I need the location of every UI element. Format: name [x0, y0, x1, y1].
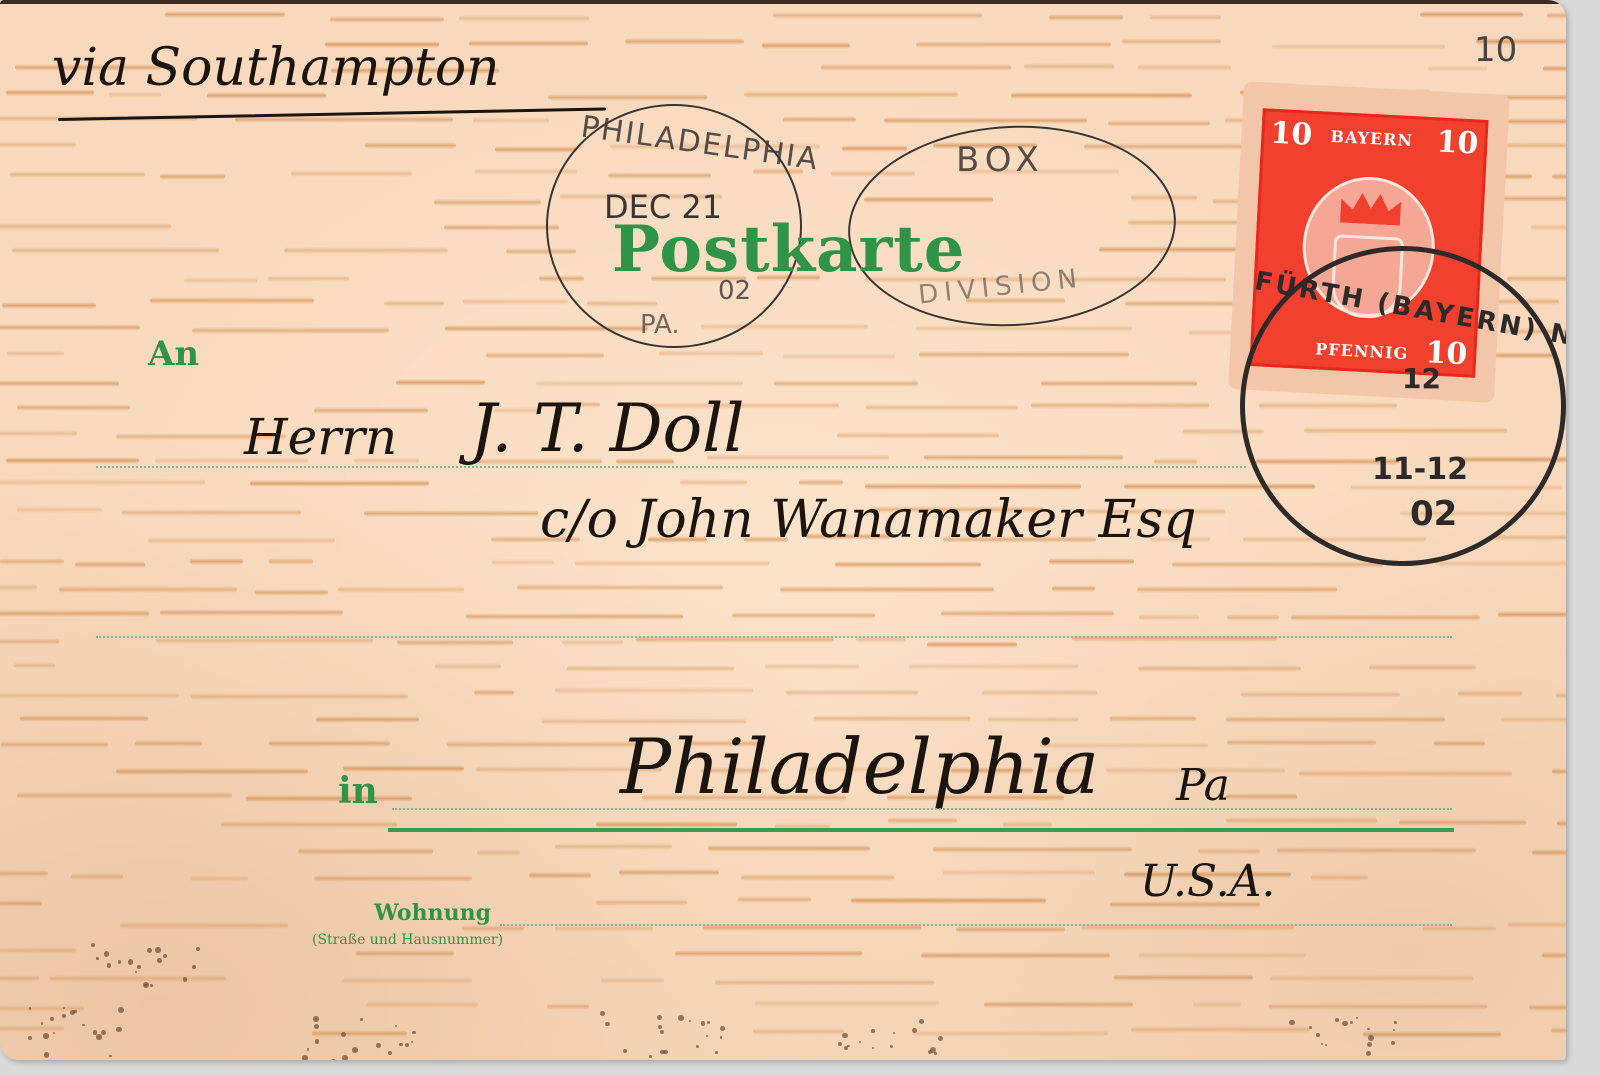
residence-dotted-line: [500, 924, 1452, 926]
postkarte-heading: Postkarte: [612, 212, 966, 287]
address-country: U.S.A.: [1140, 856, 1275, 907]
city-underline: [388, 828, 1454, 832]
city-dotted-line: [392, 808, 1452, 810]
to-label: An: [148, 334, 199, 374]
crown-icon: [1340, 189, 1402, 226]
stamp-denomination-tl: 10: [1270, 116, 1314, 153]
routing-note: via Southampton: [52, 38, 500, 98]
in-label: in: [338, 770, 378, 812]
fuerth-cancel-day: 12: [1402, 362, 1441, 395]
stamp-denomination-tr: 10: [1436, 124, 1480, 161]
residence-label: Wohnung: [374, 900, 491, 926]
fuerth-cancel-year: 02: [1410, 494, 1457, 534]
address-line-1: [96, 466, 1246, 468]
fuerth-cancel-time: 11-12: [1372, 452, 1468, 487]
address-name: J. T. Doll: [470, 390, 744, 467]
address-salutation: Herrn: [244, 408, 397, 466]
corner-note: 10: [1474, 30, 1517, 70]
box-postmark-top: BOX: [956, 140, 1045, 180]
philadelphia-postmark-bottom: PA.: [640, 310, 680, 340]
address-state: Pa: [1176, 760, 1230, 811]
address-care-of: c/o John Wanamaker Esq: [540, 490, 1196, 550]
residence-hint: (Straße und Hausnummer): [312, 932, 503, 948]
address-line-2: [96, 636, 1452, 638]
stamp-country: BAYERN: [1330, 127, 1414, 150]
postcard: 10 via Southampton PHILADELPHIA DEC 21 0…: [0, 0, 1566, 1060]
address-city: Philadelphia: [620, 722, 1099, 811]
